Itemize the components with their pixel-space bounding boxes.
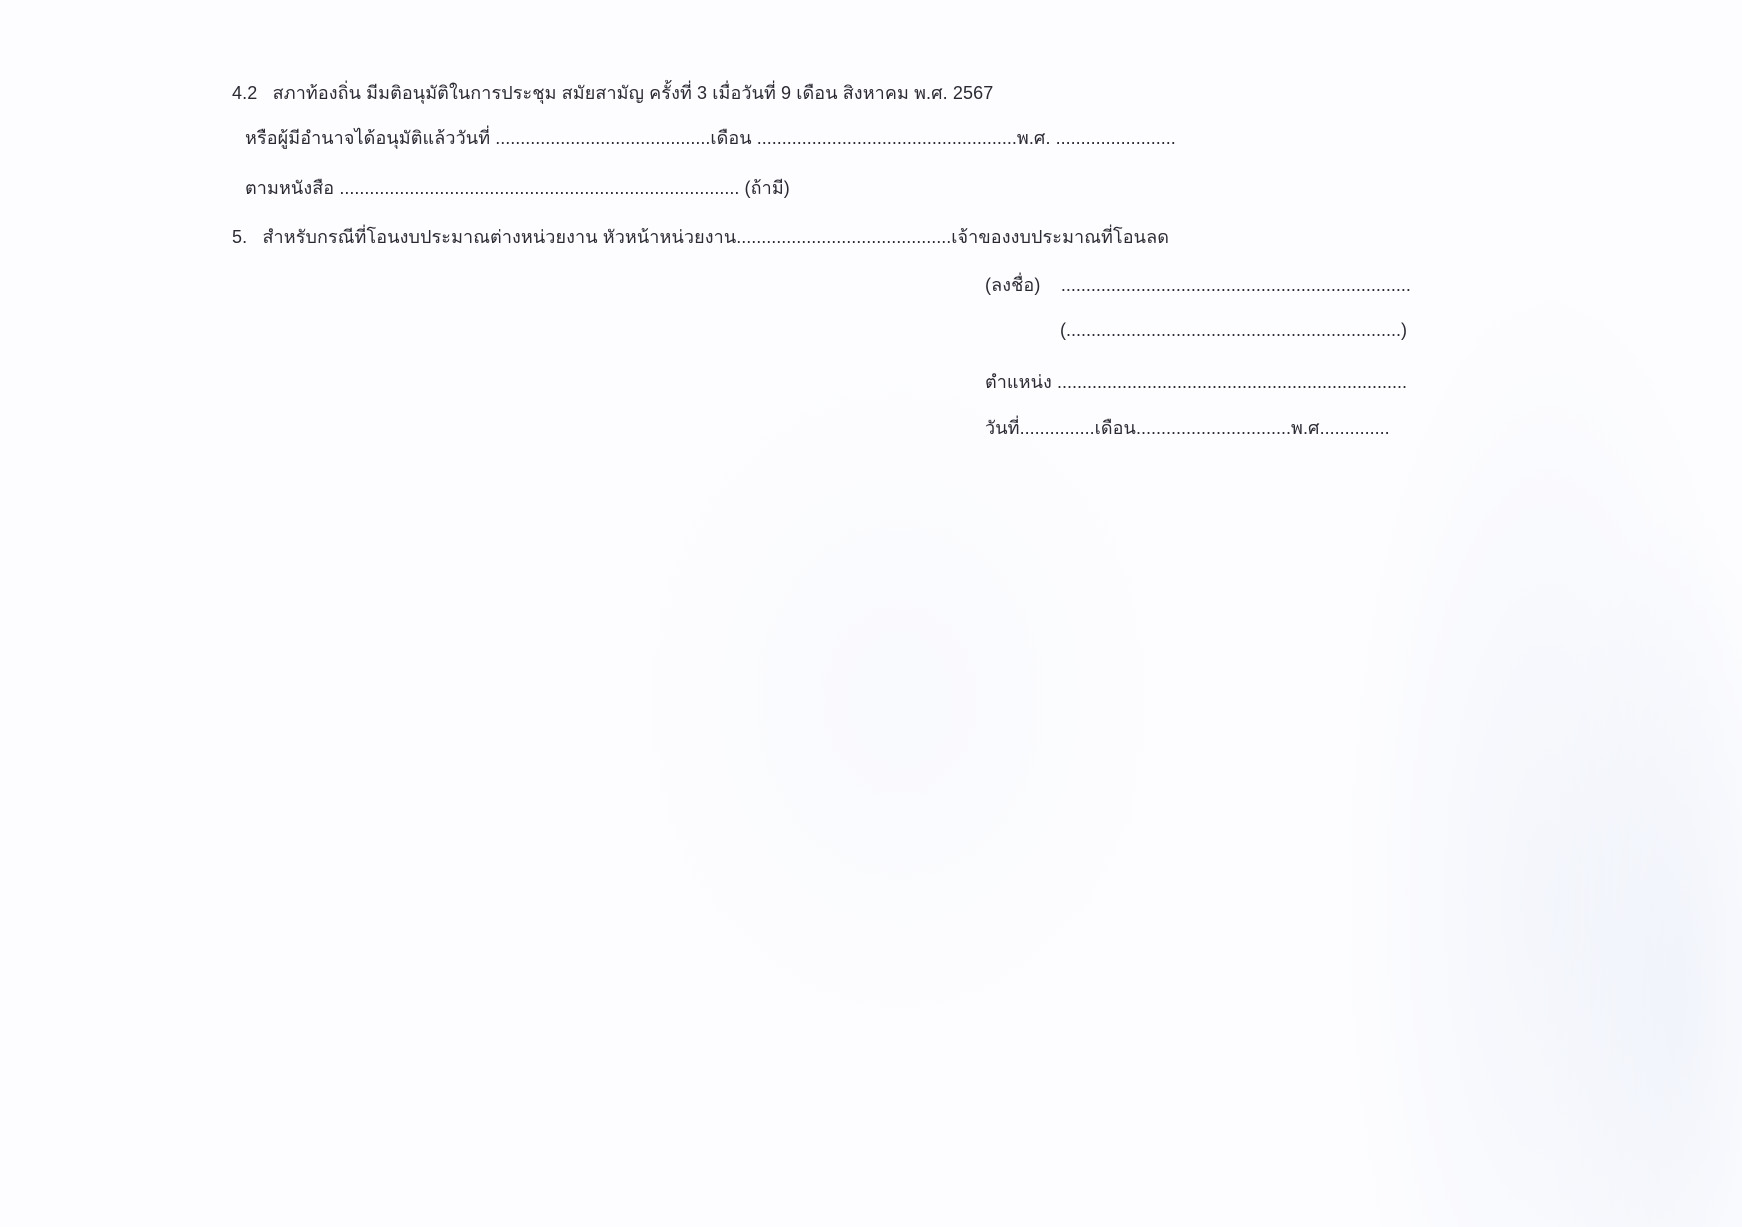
scanned-page: 4.2 สภาท้องถิ่น มีมติอนุมัติในการประชุม … [0,0,1742,1227]
date-month-label: เดือน [1095,418,1136,438]
position-line: ตำแหน่ง ................................… [985,367,1407,396]
item-5: 5. สำหรับกรณีที่โอนงบประมาณต่างหน่วยงาน … [232,222,1169,251]
item-5-number: 5. [232,227,247,247]
item-4-2-text: สภาท้องถิ่น มีมติอนุมัติในการประชุม สมัย… [273,83,994,103]
sign-field[interactable]: ........................................… [1061,275,1411,295]
item-5-suffix: เจ้าของงบประมาณที่โอนลด [951,227,1169,247]
position-label: ตำแหน่ง [985,372,1052,392]
date-line: วันที่...............เดือน..............… [985,413,1390,442]
letter-suffix: (ถ้ามี) [745,178,790,198]
letter-label: ตามหนังสือ [245,178,334,198]
item-4-2-number: 4.2 [232,83,257,103]
letter-line: ตามหนังสือ .............................… [245,173,790,202]
approval-year-field[interactable]: ........................ [1056,128,1176,148]
printed-name-line: (.......................................… [1060,320,1407,341]
item-5-text: สำหรับกรณีที่โอนงบประมาณต่างหน่วยงาน หัว… [263,227,737,247]
approval-day-field[interactable]: ........................................… [495,128,710,148]
item-4-2: 4.2 สภาท้องถิ่น มีมติอนุมัติในการประชุม … [232,78,993,107]
approval-month-field[interactable]: ........................................… [757,128,1017,148]
date-day-field[interactable]: ............... [1020,418,1095,438]
position-field[interactable]: ........................................… [1057,372,1407,392]
letter-field[interactable]: ........................................… [339,178,739,198]
approval-label: หรือผู้มีอำนาจได้อนุมัติแล้ววันที่ [245,128,490,148]
date-month-field[interactable]: ............................... [1136,418,1291,438]
item-5-field[interactable]: ........................................… [736,227,951,247]
date-year-label: พ.ศ [1291,418,1320,438]
sign-label: (ลงชื่อ) [985,275,1040,295]
date-label: วันที่ [985,418,1020,438]
signature-line: (ลงชื่อ) ...............................… [985,270,1411,299]
approval-line: หรือผู้มีอำนาจได้อนุมัติแล้ววันที่ .....… [245,123,1176,152]
approval-month-label: เดือน [710,128,751,148]
approval-year-label: พ.ศ. [1017,128,1051,148]
date-year-field[interactable]: .............. [1320,418,1390,438]
printed-name-field[interactable]: (.......................................… [1060,320,1407,340]
